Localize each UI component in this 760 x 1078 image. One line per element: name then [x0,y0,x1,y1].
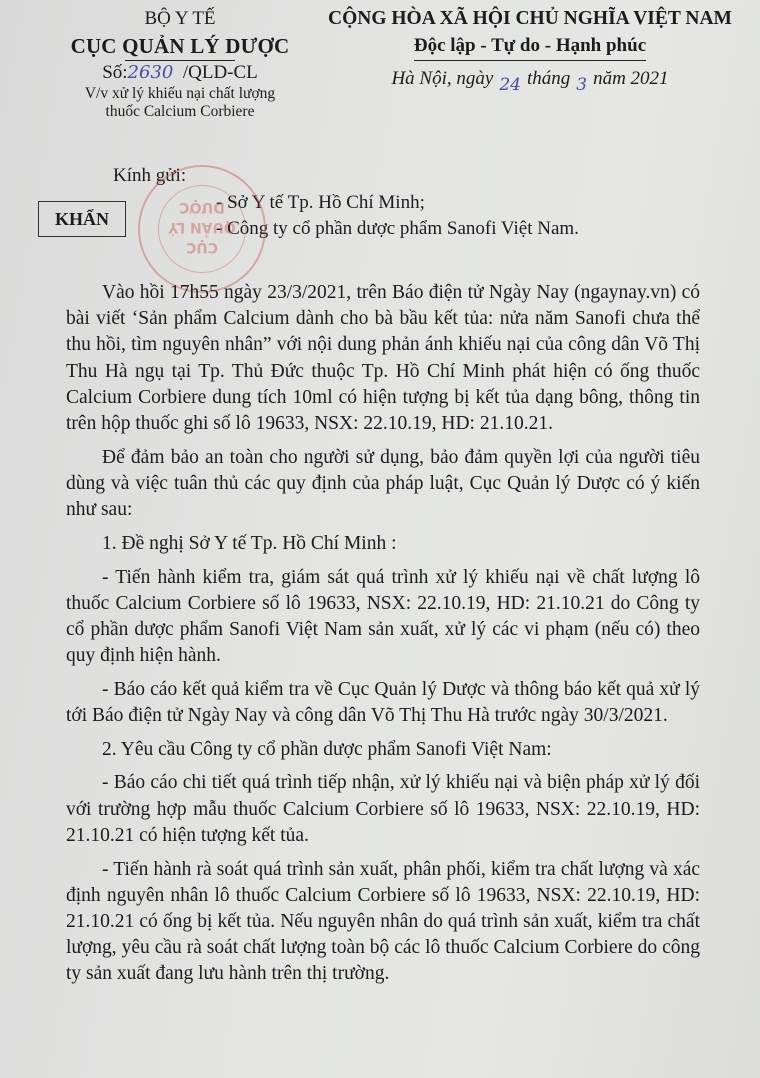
item-1-heading: 1. Đề nghị Sở Y tế Tp. Hồ Chí Minh : [66,531,700,557]
recipient-2: - Công ty cổ phần dược phẩm Sanofi Việt … [216,218,579,240]
year-text: năm 2021 [593,68,668,89]
doc-number-suffix: /QLD-CL [183,62,258,83]
item-1-task-2: - Báo cáo kết quả kiểm tra về Cục Quản l… [66,677,700,729]
stamp-line-3: CỤC [140,239,264,255]
item-2-heading: 2. Yêu cầu Công ty cổ phần dược phẩm San… [66,737,700,763]
letter-body: Vào hồi 17h55 ngày 23/3/2021, trên Báo đ… [66,280,700,995]
doc-number-prefix: Số: [102,62,127,83]
paragraph-opinion: Để đảm bảo an toàn cho người sử dụng, bả… [66,445,700,524]
subject-line-1: V/v xử lý khiếu nại chất lượng [55,85,305,103]
place-prefix: Hà Nội, ngày [391,68,493,89]
national-header: CỘNG HÒA XÃ HỘI CHỦ NGHĨA VIỆT NAM Độc l… [300,6,760,94]
country-name: CỘNG HÒA XÃ HỘI CHỦ NGHĨA VIỆT NAM [300,6,760,32]
month-label: tháng [527,68,570,89]
official-letter: BỘ Y TẾ CỤC QUẢN LÝ DƯỢC Số:2630 /QLD-CL… [0,0,760,1078]
greeting: Kính gửi: [113,165,186,187]
subject-line-2: thuốc Calcium Corbiere [55,103,305,121]
item-2-task-1: - Báo cáo chi tiết quá trình tiếp nhận, … [66,770,700,849]
item-2-task-2: - Tiến hành rà soát quá trình sản xuất, … [66,857,700,988]
department-name: CỤC QUẢN LÝ DƯỢC [55,32,305,60]
month-handwritten: 3 [570,75,593,95]
header-underline [125,60,235,61]
place-date: Hà Nội, ngày24tháng3năm 2021 [300,64,760,94]
national-motto: Độc lập - Tự do - Hạnh phúc [414,32,646,61]
recipient-1: - Sở Y tế Tp. Hồ Chí Minh; [216,192,425,214]
ministry-name: BỘ Y TẾ [55,6,305,32]
urgency-box: KHẨN [38,201,126,237]
paragraph-incident: Vào hồi 17h55 ngày 23/3/2021, trên Báo đ… [66,280,700,437]
issuer-block: BỘ Y TẾ CỤC QUẢN LÝ DƯỢC Số:2630 /QLD-CL… [55,6,305,121]
item-1-task-1: - Tiến hành kiểm tra, giám sát quá trình… [66,565,700,670]
day-handwritten: 24 [493,75,527,95]
document-number: Số:2630 /QLD-CL [55,61,305,85]
doc-number-handwritten: 2630 [128,62,174,83]
